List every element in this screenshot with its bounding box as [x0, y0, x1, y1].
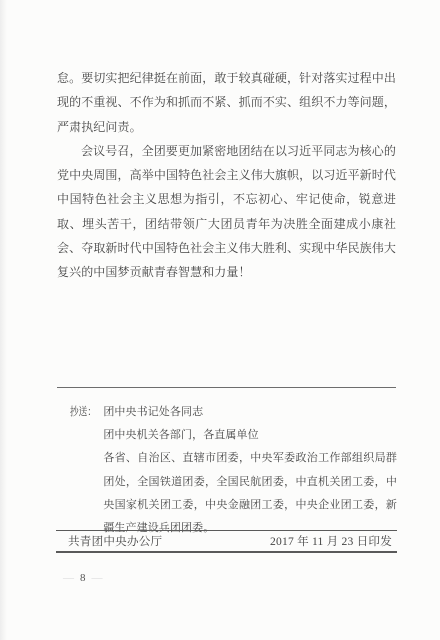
footer: 共青团中央办公厅 2017 年 11 月 23 日印发	[68, 533, 392, 549]
print-date: 2017 年 11 月 23 日印发	[270, 533, 392, 549]
body-paragraph-continuation: 怠。要切实把纪律挺在前面，敢于较真碰硬，针对落实过程中出现的不重视、不作为和抓而…	[57, 66, 396, 139]
page-number: —8—	[58, 572, 109, 584]
issuing-office: 共青团中央办公厅	[68, 533, 162, 549]
cc-label: 抄送：	[70, 401, 96, 424]
footer-rule-bottom	[56, 551, 397, 553]
page-number-dash: —	[92, 572, 104, 584]
cc-separator-rule	[57, 387, 396, 388]
scanned-document-page: 怠。要切实把纪律挺在前面，敢于较真碰硬，针对落实过程中出现的不重视、不作为和抓而…	[0, 0, 440, 640]
cc-entry: 团中央书记处各同志	[103, 401, 397, 424]
cc-entry: 各省、自治区、直辖市团委，中央军委政治工作部组织局群团处，全国铁道团委，全国民航…	[103, 447, 397, 540]
cc-entry: 团中央机关各部门，各直属单位	[103, 424, 397, 447]
footer-rule-top	[56, 530, 397, 531]
page-number-dash: —	[63, 572, 75, 584]
cc-block: 抄送： 团中央书记处各同志 团中央机关各部门，各直属单位 各省、自治区、直辖市团…	[70, 401, 397, 540]
scan-edge-shadow	[0, 0, 7, 640]
document-body: 怠。要切实把纪律挺在前面，敢于较真碰硬，针对落实过程中出现的不重视、不作为和抓而…	[57, 66, 396, 285]
page-number-value: 8	[80, 572, 87, 584]
body-paragraph-closing: 会议号召，全团要更加紧密地团结在以习近平同志为核心的党中央周围，高举中国特色社会…	[57, 139, 396, 285]
cc-entries: 团中央书记处各同志 团中央机关各部门，各直属单位 各省、自治区、直辖市团委，中央…	[103, 401, 397, 540]
